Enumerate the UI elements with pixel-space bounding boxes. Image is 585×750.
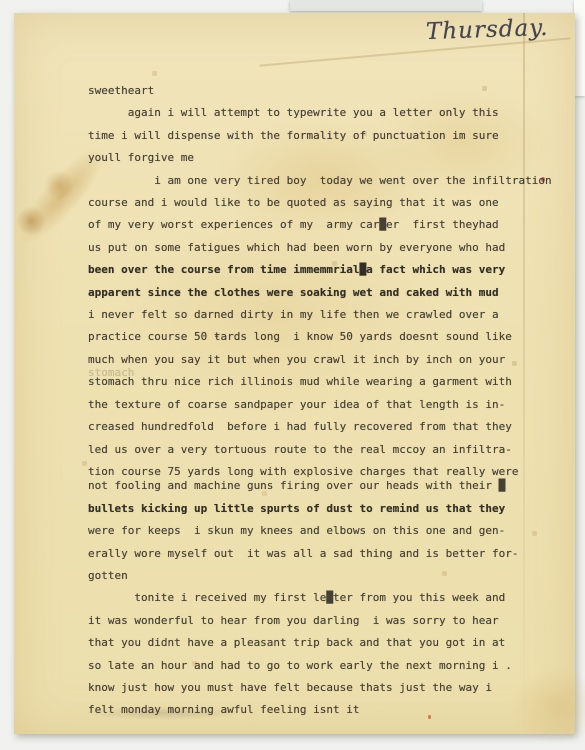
letter-line: led us over a very tortuous route to the… <box>88 439 558 461</box>
letter-line: course and i would like to be quoted as … <box>88 192 558 214</box>
letter-line: creased hundredfold before i had fully r… <box>88 416 558 438</box>
letter-line: felt monday morning awful feeling isnt i… <box>88 699 558 721</box>
letter-line: youll forgive me <box>88 147 558 169</box>
handwritten-date: Thursday. <box>426 15 549 45</box>
foxing-specks <box>14 13 15 14</box>
stain <box>16 206 46 236</box>
letter-line: bullets kicking up little spurts of dust… <box>88 498 558 520</box>
letter-line: i am one very tired boy today we went ov… <box>88 170 558 192</box>
letter-line: again i will attempt to typewrite you a … <box>88 102 558 124</box>
letter-line: so late an hour and had to go to work ea… <box>88 655 558 677</box>
ghost-typed-word: stomach <box>88 362 134 384</box>
letter-line: erally wore myself out it was all a sad … <box>88 543 558 565</box>
letter-line: time i will dispense with the formality … <box>88 125 558 147</box>
letter-line: were for keeps i skun my knees and elbow… <box>88 520 558 542</box>
scanned-letter-page: Thursday. sweetheart again i will attemp… <box>0 0 585 750</box>
letter-line: know just how you must have felt because… <box>88 677 558 699</box>
background-sheet-top-edge <box>290 0 482 11</box>
letter-line: of my very worst experiences of my army … <box>88 214 558 236</box>
letter-line: much when you say it but when you crawl … <box>88 349 558 371</box>
stain <box>44 170 74 200</box>
letter-paper: Thursday. sweetheart again i will attemp… <box>14 13 575 734</box>
letter-line: that you didnt have a pleasant trip back… <box>88 632 558 654</box>
letter-line: i never felt so darned dirty in my life … <box>88 304 558 326</box>
letter-line: sweetheart <box>88 80 558 102</box>
letter-line: apparent since the clothes were soaking … <box>88 282 558 304</box>
letter-line: tonite i received my first le█ter from y… <box>88 587 558 609</box>
letter-line: been over the course from time immemmria… <box>88 259 558 281</box>
background-sheet-right-edge <box>574 0 585 96</box>
letter-line: stomach thru nice rich illinois mud whil… <box>88 371 558 393</box>
letter-line: gotten <box>88 565 558 587</box>
letter-line: not fooling and machine guns firing over… <box>88 475 558 497</box>
letter-line: us put on some fatigues which had been w… <box>88 237 558 259</box>
letter-line: the texture of coarse sandpaper your ide… <box>88 394 558 416</box>
letter-line: it was wonderful to hear from you darlin… <box>88 610 558 632</box>
letter-body: sweetheart again i will attempt to typew… <box>88 80 558 722</box>
letter-line: practice course 50 ŧards long i know 50 … <box>88 326 558 348</box>
